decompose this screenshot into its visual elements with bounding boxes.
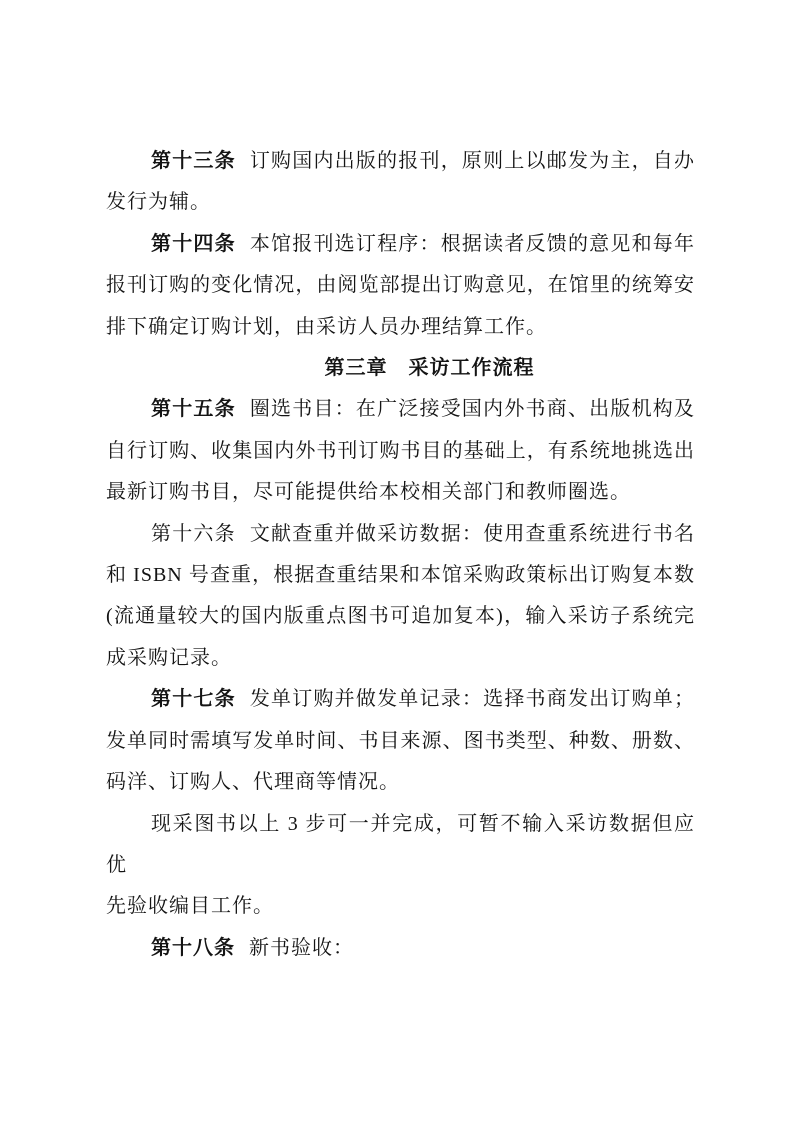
text-line: 发行为辅。 bbox=[106, 182, 695, 223]
text-line: 先验收编目工作。 bbox=[106, 886, 695, 927]
line-text: 新书验收： bbox=[249, 937, 354, 959]
article-number: 第十五条 bbox=[151, 398, 236, 420]
article-number: 第十七条 bbox=[151, 688, 236, 710]
line-text: 发单同时需填写发单时间、书目来源、图书类型、种数、册数、 bbox=[106, 730, 695, 752]
line-text: 文献查重并做采访数据：使用查重系统进行书名 bbox=[250, 523, 695, 545]
text-line: 第十四条本馆报刊选订程序：根据读者反馈的意见和每年 bbox=[106, 224, 695, 265]
line-text: 和 ISBN 号查重，根据查重结果和本馆采购政策标出订购复本数 bbox=[106, 564, 695, 586]
line-text: 先验收编目工作。 bbox=[106, 895, 274, 917]
line-text: 排下确定订购计划，由采访人员办理结算工作。 bbox=[106, 316, 547, 338]
line-text: 发行为辅。 bbox=[106, 191, 211, 213]
page: { "document": { "text_color": "#141414",… bbox=[0, 0, 793, 1122]
text-line: 第十五条圈选书目：在广泛接受国内外书商、出版机构及 bbox=[106, 389, 695, 430]
line-text: 现采图书以上 3 步可一并完成，可暂不输入采访数据但应优 bbox=[106, 813, 695, 876]
text-line: 成采购记录。 bbox=[106, 638, 695, 679]
document-body: 第十三条订购国内出版的报刊，原则上以邮发为主，自办 发行为辅。 第十四条本馆报刊… bbox=[106, 0, 695, 969]
text-line: 发单同时需填写发单时间、书目来源、图书类型、种数、册数、 bbox=[106, 721, 695, 762]
line-text: 本馆报刊选订程序：根据读者反馈的意见和每年 bbox=[250, 233, 695, 255]
line-text: 最新订购书目，尽可能提供给本校相关部门和教师圈选。 bbox=[106, 481, 631, 503]
text-line: (流通量较大的国内版重点图书可追加复本)，输入采访子系统完 bbox=[106, 596, 695, 637]
text-line: 现采图书以上 3 步可一并完成，可暂不输入采访数据但应优 bbox=[106, 804, 695, 887]
text-line: 第十八条新书验收： bbox=[106, 928, 695, 969]
text-line: 码洋、订购人、代理商等情况。 bbox=[106, 762, 695, 803]
chapter-heading: 第三章 采访工作流程 bbox=[106, 348, 695, 389]
line-text: 圈选书目：在广泛接受国内外书商、出版机构及 bbox=[250, 398, 695, 420]
line-text: 自行订购、收集国内外书刊订购书目的基础上，有系统地挑选出 bbox=[106, 440, 695, 462]
text-line: 自行订购、收集国内外书刊订购书目的基础上，有系统地挑选出 bbox=[106, 431, 695, 472]
text-line: 第十三条订购国内出版的报刊，原则上以邮发为主，自办 bbox=[106, 141, 695, 182]
text-line: 排下确定订购计划，由采访人员办理结算工作。 bbox=[106, 307, 695, 348]
chapter-heading-text: 第三章 采访工作流程 bbox=[325, 357, 535, 379]
article-number: 第十八条 bbox=[151, 937, 235, 959]
line-text: 报刊订购的变化情况，由阅览部提出订购意见，在馆里的统筹安 bbox=[106, 274, 695, 296]
line-text: 订购国内出版的报刊，原则上以邮发为主，自办 bbox=[250, 150, 695, 172]
line-text: 成采购记录。 bbox=[106, 647, 232, 669]
article-number: 第十六条 bbox=[151, 523, 236, 545]
text-line: 第十六条文献查重并做采访数据：使用查重系统进行书名 bbox=[106, 514, 695, 555]
line-text: (流通量较大的国内版重点图书可追加复本)，输入采访子系统完 bbox=[106, 605, 695, 627]
article-number: 第十三条 bbox=[151, 150, 236, 172]
line-text: 码洋、订购人、代理商等情况。 bbox=[106, 771, 400, 793]
text-line: 和 ISBN 号查重，根据查重结果和本馆采购政策标出订购复本数 bbox=[106, 555, 695, 596]
article-number: 第十四条 bbox=[151, 233, 236, 255]
text-line: 第十七条发单订购并做发单记录：选择书商发出订购单； bbox=[106, 679, 695, 720]
line-text: 发单订购并做发单记录：选择书商发出订购单； bbox=[250, 688, 695, 710]
text-line: 最新订购书目，尽可能提供给本校相关部门和教师圈选。 bbox=[106, 472, 695, 513]
text-line: 报刊订购的变化情况，由阅览部提出订购意见，在馆里的统筹安 bbox=[106, 265, 695, 306]
